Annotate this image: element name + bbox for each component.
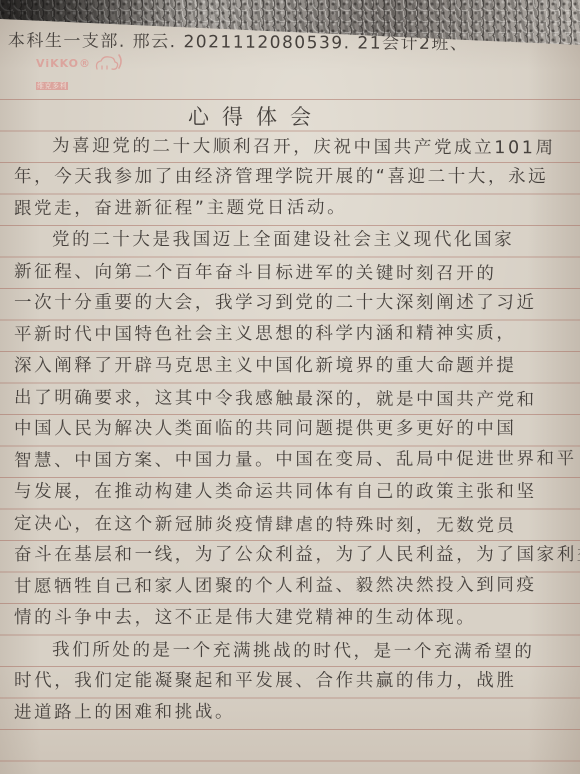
handwritten-line: 平新时代中国特色社会主义思想的科学内涵和精神实质， — [14, 318, 580, 351]
handwritten-line: 年，今天我参加了由经济管理学院开展的“喜迎二十大，永远 — [14, 162, 580, 194]
handwritten-line: 时代，我们定能凝聚起和平发展、合作共赢的伟力，战胜 — [14, 666, 580, 698]
vikko-brand-text: ViKKO® — [36, 58, 91, 69]
handwritten-line: 深入阐释了开辟马克思主义中国化新境界的重大命题并提 — [14, 351, 580, 383]
handwritten-line: 跟党走，奋进新征程”主题党日活动。 — [14, 192, 580, 225]
handwritten-line: 出了明确要求，这其中令我感触最深的，就是中国共产党和 — [14, 383, 580, 417]
notebook-paper: 本科生一支部. 邢云. 2021112080539. 21会计2班、 ViKKO… — [0, 0, 580, 774]
handwritten-line: 我们所处的是一个充满挑战的时代，是一个充满希望的 — [14, 635, 580, 669]
handwritten-line: 智慧、中国方案、中国力量。中国在变局、乱局中促进世界和平 — [14, 444, 580, 477]
handwritten-line: 奋斗在基层和一线，为了公众利益，为了人民利益，为了国家利益 — [14, 540, 580, 572]
handwritten-line: 为喜迎党的二十大顺利召开，庆祝中国共产党成立101周 — [14, 131, 580, 165]
handwritten-line: 中国人民为解决人类面临的共同问题提供更多更好的中国 — [14, 414, 580, 446]
handwritten-line: 与发展，在推动构建人类命运共同体有自己的政策主张和坚 — [14, 477, 580, 509]
essay-body: 为喜迎党的二十大顺利召开，庆祝中国共产党成立101周 年，今天我参加了由经济管理… — [14, 131, 580, 730]
vikko-logo-subtext: 维克多利 — [36, 82, 68, 90]
vikko-logo: ViKKO® 维克多利 — [36, 53, 124, 92]
essay-title: 心得体会 — [188, 101, 324, 131]
handwritten-essay-photo: 本科生一支部. 邢云. 2021112080539. 21会计2班、 ViKKO… — [0, 0, 580, 774]
handwritten-line: 定决心，在这个新冠肺炎疫情肆虐的特殊时刻，无数党员 — [14, 509, 580, 543]
student-info-handwriting: 本科生一支部. 邢云. 2021112080539. 21会计2班、 — [8, 26, 568, 55]
handwritten-line: 党的二十大是我国迈上全面建设社会主义现代化国家 — [14, 225, 580, 257]
handwritten-line: 新征程、向第二个百年奋斗目标进军的关键时刻召开的 — [14, 257, 580, 291]
elephant-mascot-icon — [94, 53, 124, 73]
handwritten-line: 甘愿牺牲自己和家人团聚的个人利益、毅然决然投入到同疫 — [14, 570, 580, 603]
handwritten-line: 进道路上的困难和挑战。 — [14, 696, 580, 729]
handwritten-line: 情的斗争中去，这不正是伟大建党精神的生动体现。 — [14, 603, 580, 635]
handwritten-line: 一次十分重要的大会，我学习到党的二十大深刻阐述了习近 — [14, 288, 580, 320]
